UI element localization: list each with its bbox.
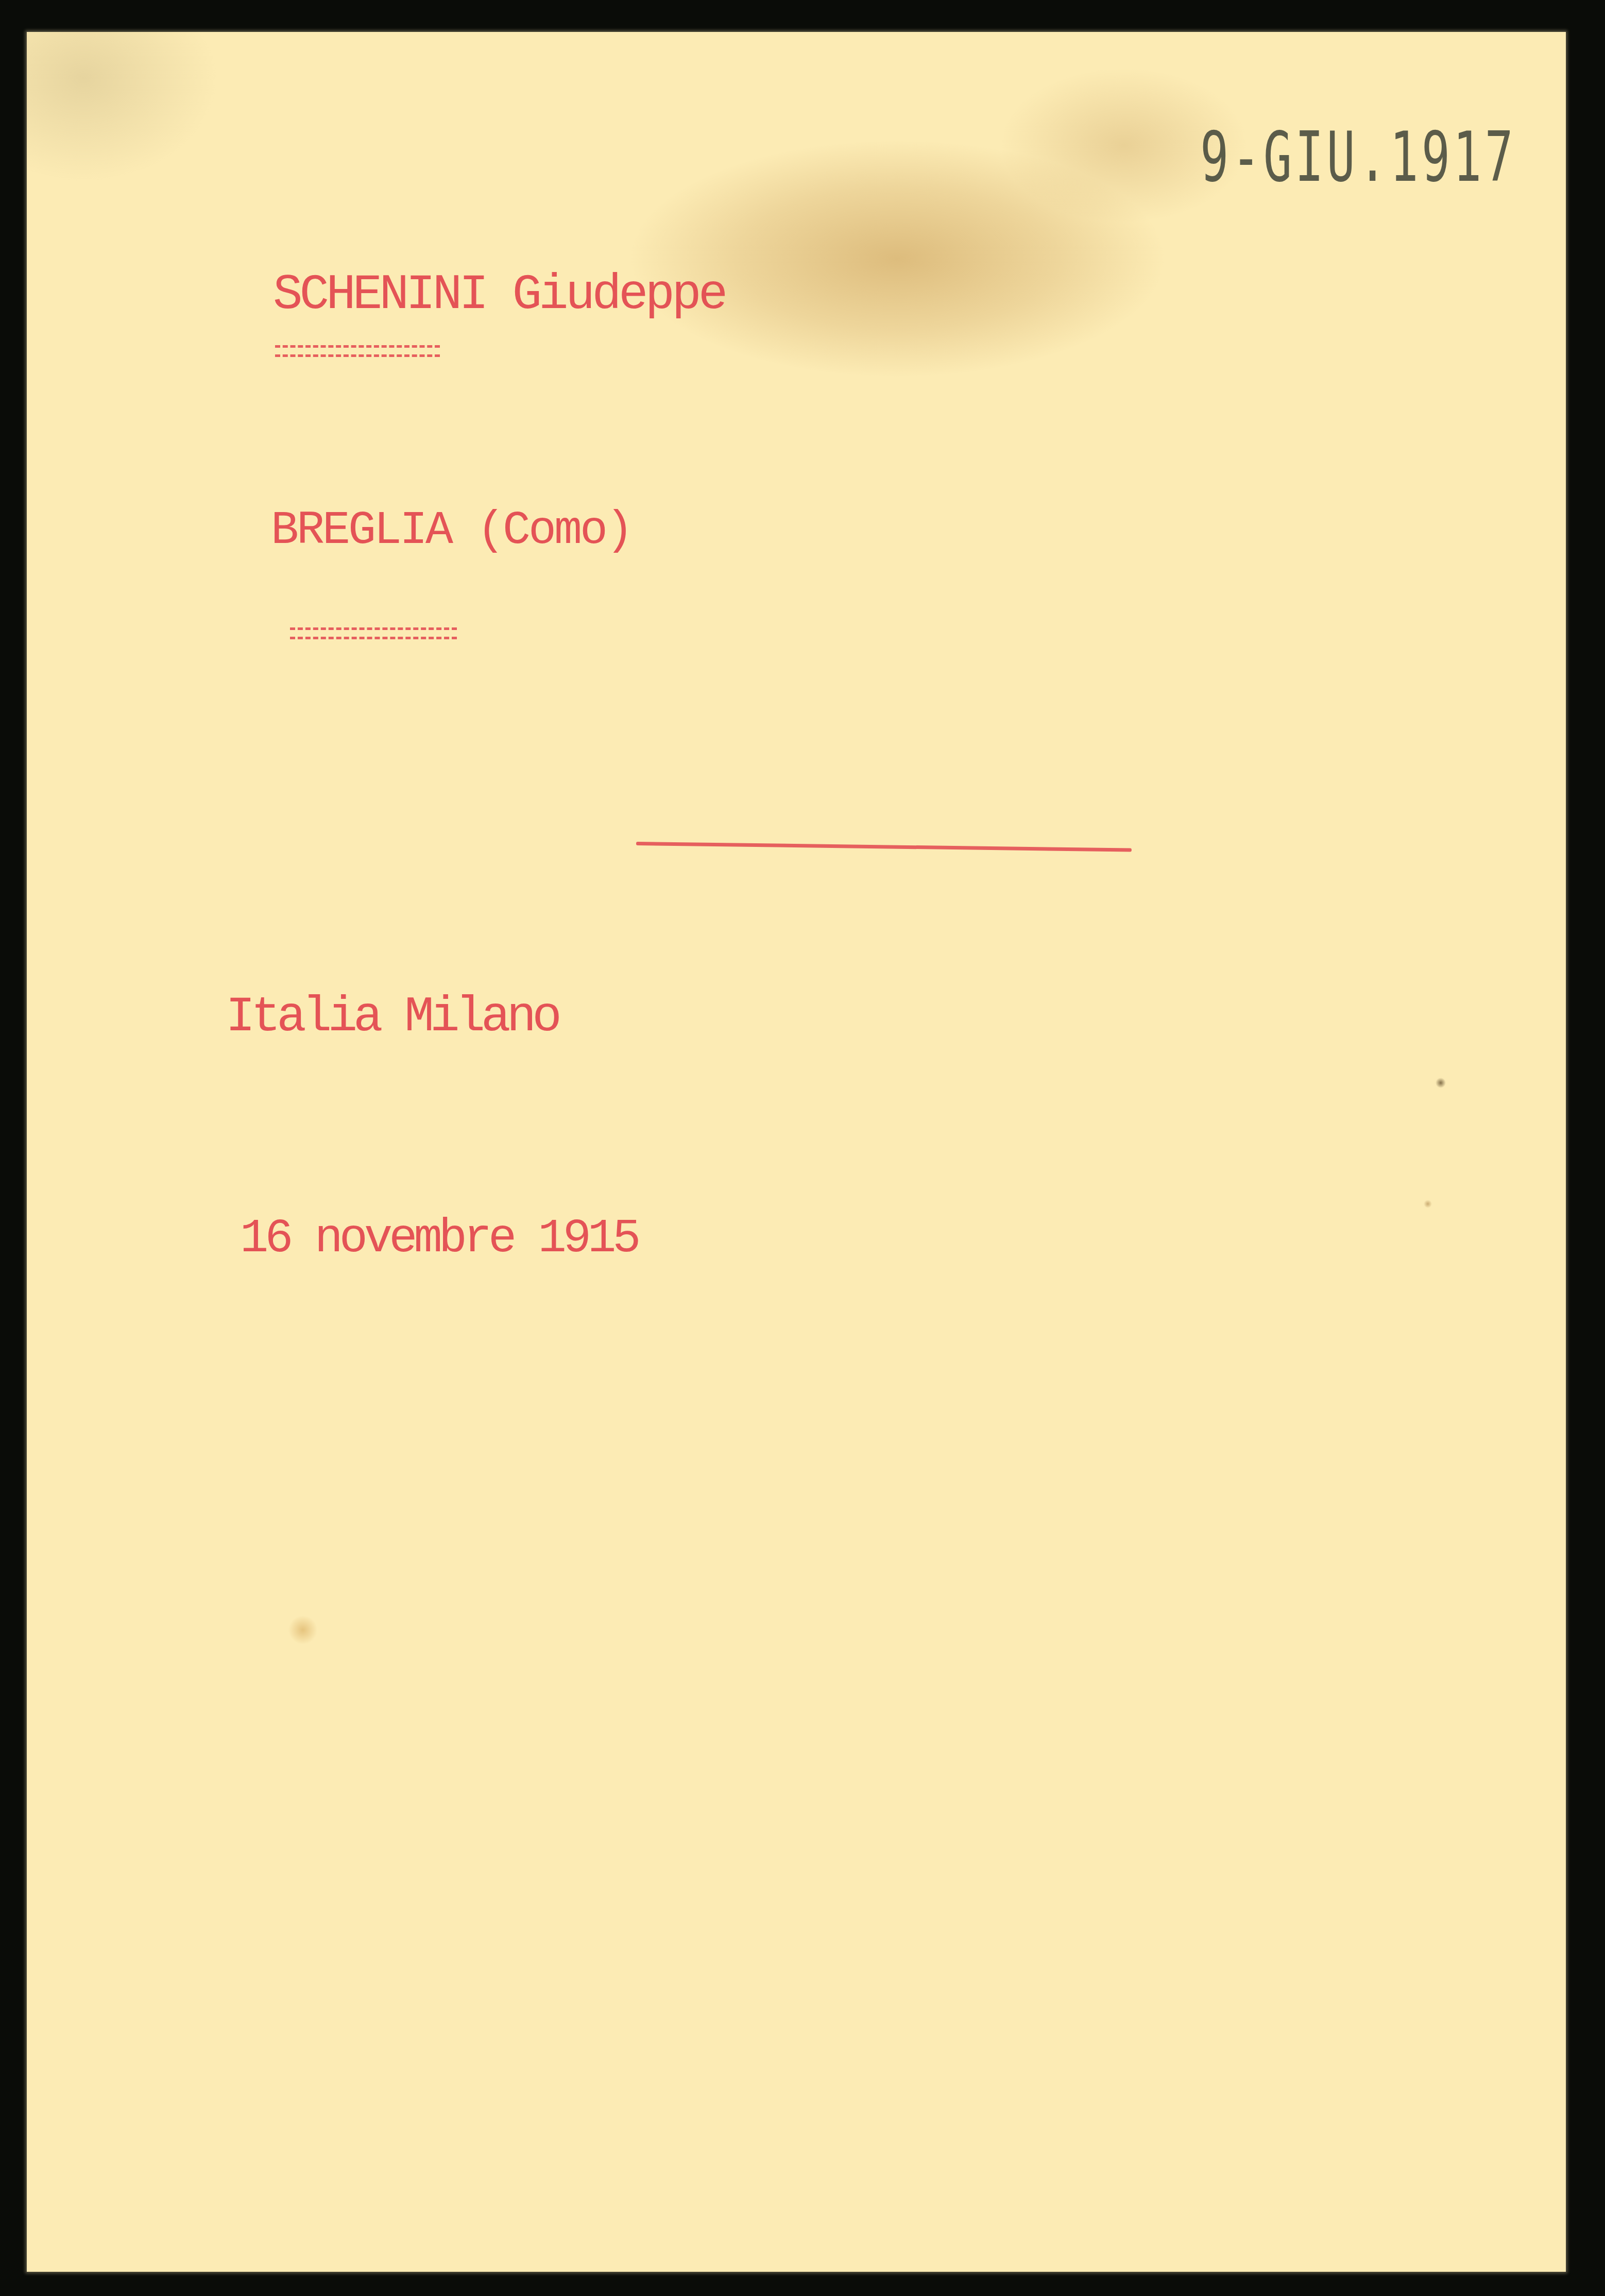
locality: BREGLIA (Como) <box>271 505 631 557</box>
document-date: 16 novembre 1915 <box>240 1212 637 1266</box>
person-name: SCHENINI Giudeppe <box>273 267 725 323</box>
locality-underline <box>290 627 457 630</box>
document-page <box>27 32 1566 2272</box>
place-of-origin: Italia Milano <box>226 989 558 1045</box>
name-underline-double <box>275 354 440 357</box>
name-underline <box>275 345 440 348</box>
received-date-stamp: 9-GIU.1917 <box>1200 117 1516 197</box>
locality-underline-double <box>290 637 457 639</box>
